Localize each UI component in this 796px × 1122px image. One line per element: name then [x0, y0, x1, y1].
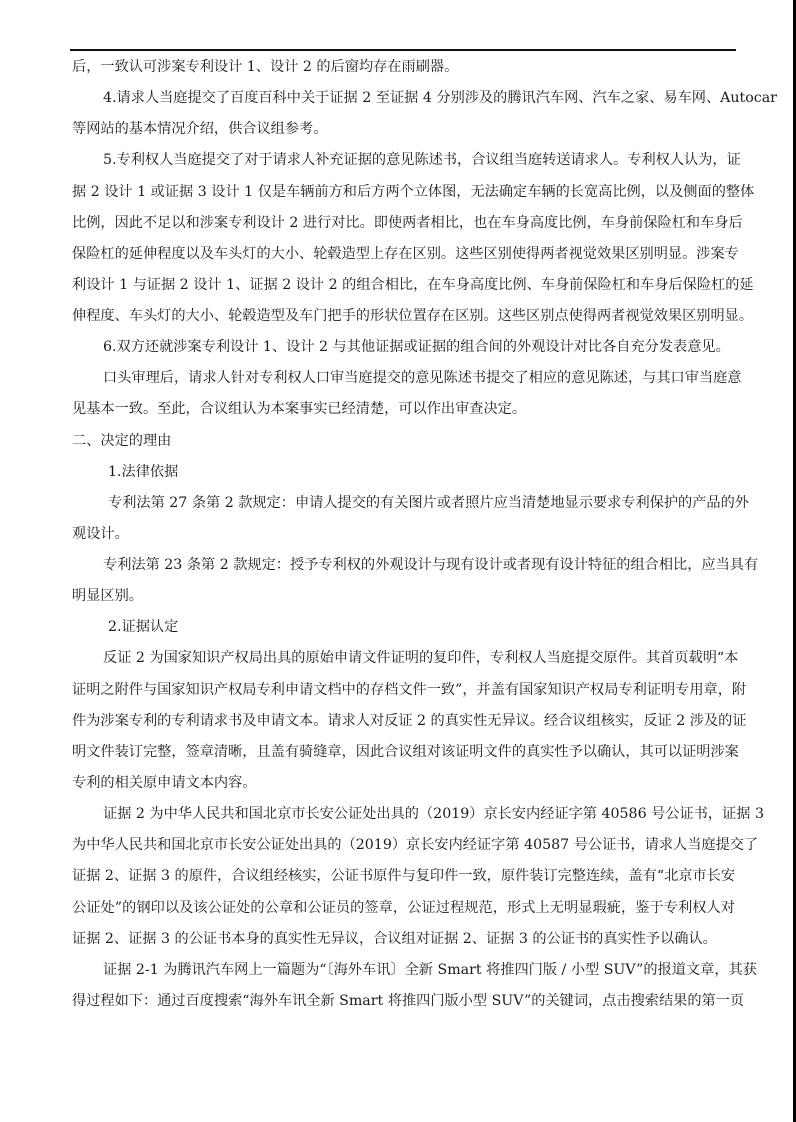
text-line: 公证处”的钢印以及该公证处的公章和公证员的签章，公证过程规范，形式上无明显瑕疵，…: [72, 898, 735, 918]
text-line: 件为涉案专利的专利请求书及申请文本。请求人对反证 2 的真实性无异议。经合议组核…: [72, 711, 735, 731]
text-line: 专利法第 27 条第 2 款规定：申请人提交的有关图片或者照片应当清楚地显示要求…: [72, 493, 735, 513]
document-page: 后，一致认可涉案专利设计 1、设计 2 的后窗均存在雨刷器。 4.请求人当庭提交…: [72, 0, 735, 1122]
subsection-heading: 1.法律依据: [72, 462, 735, 482]
text-line: 后，一致认可涉案专利设计 1、设计 2 的后窗均存在雨刷器。: [72, 57, 735, 77]
text-line: 伸程度、车头灯的大小、轮毂造型及车门把手的形状位置存在区别。这些区别点使得两者视…: [72, 306, 735, 326]
text-line: 6.双方还就涉案专利设计 1、设计 2 与其他证据或证据的组合间的外观设计对比各…: [72, 337, 735, 357]
text-line: 为中华人民共和国北京市长安公证处出具的（2019）京长安内经证字第 40587 …: [72, 835, 735, 855]
text-line: 口头审理后，请求人针对专利权人口审当庭提交的意见陈述书提交了相应的意见陈述，与其…: [72, 368, 735, 388]
text-line: 得过程如下：通过百度搜索“海外车讯全新 Smart 将推四门版小型 SUV”的关…: [72, 991, 735, 1011]
text-line: 证据 2、证据 3 的公证书本身的真实性无异议，合议组对证据 2、证据 3 的公…: [72, 929, 735, 949]
text-line: 利设计 1 与证据 2 设计 1、证据 2 设计 2 的组合相比，在车身高度比例…: [72, 275, 735, 295]
text-line: 证据 2 为中华人民共和国北京市长安公证处出具的（2019）京长安内经证字第 4…: [72, 804, 735, 824]
section-heading: 二、决定的理由: [72, 431, 735, 451]
text-line: 明显区别。: [72, 586, 735, 606]
text-line: 等网站的基本情况介绍，供合议组参考。: [72, 119, 735, 139]
text-line: 保险杠的延伸程度以及车头灯的大小、轮毂造型上存在区别。这些区别使得两者视觉效果区…: [72, 244, 735, 264]
text-line: 见基本一致。至此，合议组认为本案事实已经清楚，可以作出审查决定。: [72, 399, 735, 419]
text-line: 证据 2-1 为腾讯汽车网上一篇题为“〔海外车讯〕全新 Smart 将推四门版 …: [72, 960, 735, 980]
text-line: 据 2 设计 1 或证据 3 设计 1 仅是车辆前方和后方两个立体图，无法确定车…: [72, 182, 735, 202]
text-line: 证据 2、证据 3 的原件，合议组经核实，公证书原件与复印件一致，原件装订完整连…: [72, 866, 735, 886]
text-line: 反证 2 为国家知识产权局出具的原始申请文件证明的复印件，专利权人当庭提交原件。…: [72, 648, 735, 668]
subsection-heading: 2.证据认定: [72, 617, 735, 637]
text-line: 4.请求人当庭提交了百度百科中关于证据 2 至证据 4 分别涉及的腾讯汽车网、汽…: [72, 88, 735, 108]
text-line: 比例，因此不足以和涉案专利设计 2 进行对比。即使两者相比，也在车身高度比例，车…: [72, 213, 735, 233]
text-line: 证明之附件与国家知识产权局专利申请文档中的存档文件一致”，并盖有国家知识产权局专…: [72, 680, 735, 700]
text-line: 专利的相关原申请文本内容。: [72, 773, 735, 793]
text-line: 观设计。: [72, 524, 735, 544]
text-line: 5.专利权人当庭提交了对于请求人补充证据的意见陈述书，合议组当庭转送请求人。专利…: [72, 150, 735, 170]
text-line: 专利法第 23 条第 2 款规定：授予专利权的外观设计与现有设计或者现有设计特征…: [72, 555, 735, 575]
text-line: 明文件装订完整，签章清晰，且盖有骑缝章，因此合议组对该证明文件的真实性予以确认，…: [72, 742, 735, 762]
